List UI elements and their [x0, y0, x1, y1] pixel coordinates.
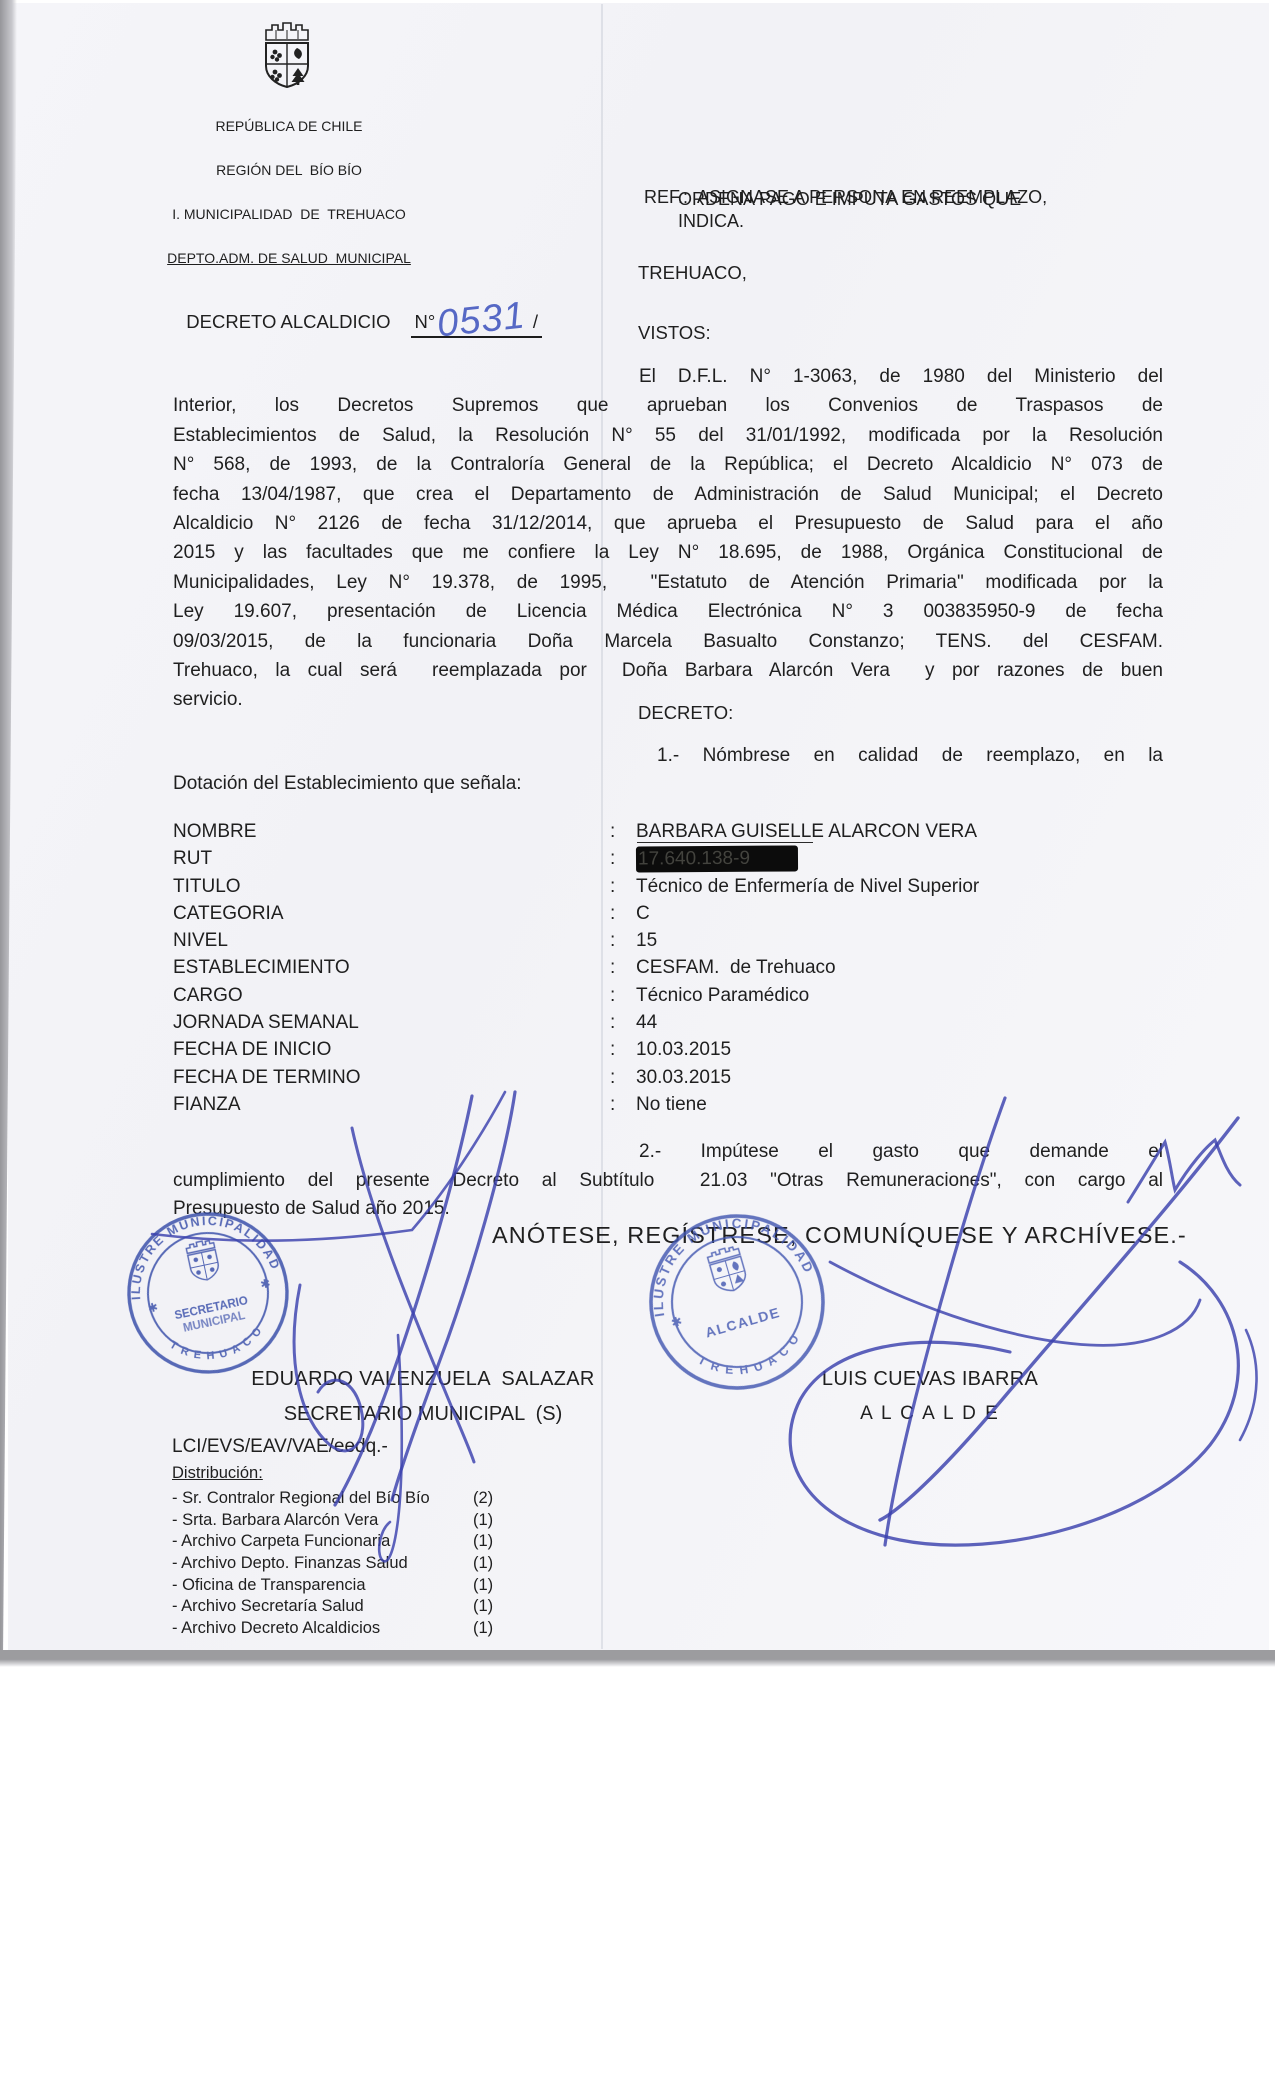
item2-line: 2.- Impútese el gasto que demande el — [173, 1138, 1163, 1167]
table-row: NIVEL : 15 — [173, 927, 1163, 954]
list-item: - Archivo Carpeta Funcionaria (1) — [172, 1531, 592, 1553]
reference-line-3: INDICA. — [678, 211, 744, 232]
distribution-list: - Sr. Contralor Regional del Bío Bío (2)… — [172, 1488, 592, 1640]
list-item: - Archivo Depto. Finanzas Salud (1) — [172, 1553, 592, 1575]
table-row: CATEGORIA : C — [173, 900, 1163, 927]
vistos-line: Interior, los Decretos Supremos que apru… — [173, 391, 1163, 420]
vistos-line: Trehuaco, la cual será reemplazada por D… — [173, 656, 1163, 685]
field-label: TITULO — [173, 873, 610, 900]
redacted-rut-value: 17.640.138-9 — [636, 846, 798, 873]
distribution-recipient: - Oficina de Transparencia — [172, 1576, 366, 1594]
decree-title-line: DECRETO ALCALDICION°0531/ — [176, 281, 542, 338]
item1-line: Dotación del Establecimiento que señala: — [173, 770, 1163, 798]
stamp-center-line1: ALCALDE — [703, 1304, 782, 1341]
decree-number-prefix: N° — [415, 311, 436, 332]
field-separator: : — [610, 954, 636, 981]
field-separator: : — [610, 1064, 636, 1091]
field-label: NIVEL — [173, 927, 610, 954]
list-item: - Archivo Secretaría Salud (1) — [172, 1596, 592, 1618]
field-value: 30.03.2015 — [636, 1064, 731, 1091]
distribution-label: Distribución: — [172, 1464, 263, 1483]
stamp-star-icon: ✱ — [669, 1313, 684, 1330]
stamp-star-icon: ✱ — [259, 1276, 272, 1292]
field-label: RUT — [173, 845, 610, 872]
letterhead-line-region: REGIÓN DEL BÍO BÍO — [131, 163, 447, 178]
distribution-recipient: - Sr. Contralor Regional del Bío Bío — [172, 1489, 430, 1507]
field-value: 10.03.2015 — [636, 1036, 731, 1063]
distribution-recipient: - Archivo Depto. Finanzas Salud — [172, 1554, 408, 1572]
page-bottom-shadow — [0, 1650, 1275, 1667]
vistos-line: Alcaldicio N° 2126 de fecha 31/12/2014, … — [173, 509, 1163, 538]
signatory-left-title: SECRETARIO MUNICIPAL (S) — [223, 1403, 623, 1426]
letterhead: REPÚBLICA DE CHILE REGIÓN DEL BÍO BÍO I.… — [131, 90, 447, 280]
distribution-recipient: - Archivo Carpeta Funcionaria — [172, 1532, 390, 1550]
field-label: CATEGORIA — [173, 900, 610, 927]
initials-line: LCI/EVS/EAV/VAE/eedq.- — [172, 1436, 388, 1458]
stamp-shield-icon — [185, 1239, 220, 1283]
distribution-copies: (1) — [473, 1596, 493, 1618]
distribution-recipient: - Srta. Barbara Alarcón Vera — [172, 1511, 378, 1529]
distribution-copies: (1) — [473, 1553, 493, 1575]
handwritten-decree-number: 0531 — [436, 302, 527, 337]
signatory-right-title: A L C A L D E — [770, 1403, 1090, 1425]
municipal-stamp-secretario-icon: ILUSTRE MUNICIPALIDAD TREHUACO ✱ ✱ SECRE… — [107, 1192, 309, 1394]
field-separator: : — [610, 873, 636, 900]
item2-line: Presupuesto de Salud año 2015. — [173, 1195, 1163, 1224]
distribution-recipient: - Archivo Secretaría Salud — [172, 1597, 364, 1615]
list-item: - Archivo Decreto Alcaldicios (1) — [172, 1618, 592, 1640]
distribution-copies: (1) — [473, 1618, 493, 1640]
list-item: - Sr. Contralor Regional del Bío Bío (2) — [172, 1488, 592, 1510]
vistos-line: Establecimientos de Salud, la Resolución… — [173, 421, 1163, 450]
vistos-line: Ley 19.607, presentación de Licencia Méd… — [173, 597, 1163, 626]
item1-line: 1.- Nómbrese en calidad de reemplazo, en… — [173, 742, 1163, 770]
field-value-name: BARBARA GUISELLE ALARCON VERA — [636, 818, 977, 845]
decree-number-suffix: / — [533, 311, 538, 332]
field-separator: : — [610, 982, 636, 1009]
vistos-line: N° 568, de 1993, de la Contraloría Gener… — [173, 450, 1163, 479]
vistos-label: VISTOS: — [638, 322, 711, 344]
vistos-line: 09/03/2015, de la funcionaria Doña Marce… — [173, 627, 1163, 656]
item1-paragraph: 1.- Nómbrese en calidad de reemplazo, en… — [173, 742, 1163, 797]
closing-formula: ANÓTESE, REGÍSTRESE, COMUNÍQUESE Y ARCHÍ… — [492, 1222, 1187, 1249]
table-row: FECHA DE TERMINO : 30.03.2015 — [173, 1064, 1163, 1091]
stamp-star-icon: ✱ — [147, 1300, 160, 1316]
distribution-recipient: - Archivo Decreto Alcaldicios — [172, 1619, 380, 1637]
vistos-paragraph: El D.F.L. N° 1-3063, de 1980 del Ministe… — [173, 362, 1163, 715]
table-row: NOMBRE : BARBARA GUISELLE ALARCON VERA — [173, 818, 1163, 845]
field-separator: : — [610, 818, 636, 845]
signatory-right-name: LUIS CUEVAS IBARRA — [770, 1368, 1090, 1391]
reference-line-2: ORDENA PAGO E IMPUTA GASTOS QUE — [678, 189, 1021, 210]
table-row: TITULO : Técnico de Enfermería de Nivel … — [173, 873, 1163, 900]
table-row: CARGO : Técnico Paramédico — [173, 982, 1163, 1009]
vistos-line: El D.F.L. N° 1-3063, de 1980 del Ministe… — [173, 362, 1163, 391]
item2-paragraph: 2.- Impútese el gasto que demande el cum… — [173, 1138, 1163, 1224]
field-separator: : — [610, 1036, 636, 1063]
field-label: ESTABLECIMIENTO — [173, 954, 610, 981]
field-value: No tiene — [636, 1091, 707, 1118]
table-row: ESTABLECIMIENTO : CESFAM. de Trehuaco — [173, 954, 1163, 981]
field-value: Técnico de Enfermería de Nivel Superior — [636, 873, 979, 900]
field-value: 44 — [636, 1009, 657, 1036]
field-separator: : — [610, 900, 636, 927]
field-label: JORNADA SEMANAL — [173, 1009, 610, 1036]
item2-line: cumplimiento del presente Decreto al Sub… — [173, 1167, 1163, 1196]
field-value: 15 — [636, 927, 657, 954]
decreto-label: DECRETO: — [638, 702, 733, 724]
distribution-copies: (2) — [473, 1488, 493, 1510]
field-label: FECHA DE TERMINO — [173, 1064, 610, 1091]
table-row: JORNADA SEMANAL : 44 — [173, 1009, 1163, 1036]
letterhead-line-republic: REPÚBLICA DE CHILE — [131, 119, 447, 134]
list-item: - Oficina de Transparencia (1) — [172, 1575, 592, 1597]
table-row: FIANZA : No tiene — [173, 1091, 1163, 1118]
list-item: - Srta. Barbara Alarcón Vera (1) — [172, 1510, 592, 1532]
letterhead-line-department: DEPTO.ADM. DE SALUD MUNICIPAL — [131, 251, 447, 266]
field-value: Técnico Paramédico — [636, 982, 809, 1009]
staffing-table: NOMBRE : BARBARA GUISELLE ALARCON VERA R… — [173, 818, 1163, 1118]
distribution-copies: (1) — [473, 1575, 493, 1597]
letterhead-line-municipality: I. MUNICIPALIDAD DE TREHUACO — [131, 207, 447, 222]
distribution-copies: (1) — [473, 1510, 493, 1532]
decree-number-group: N°0531/ — [411, 303, 542, 338]
vistos-line: Municipalidades, Ley N° 19.378, de 1995,… — [173, 568, 1163, 597]
field-label: FECHA DE INICIO — [173, 1036, 610, 1063]
field-value: CESFAM. de Trehuaco — [636, 954, 836, 981]
distribution-copies: (1) — [473, 1531, 493, 1553]
field-label: NOMBRE — [173, 818, 610, 845]
field-label: CARGO — [173, 982, 610, 1009]
field-separator: : — [610, 845, 636, 872]
field-separator: : — [610, 1091, 636, 1118]
stamp-shield-icon — [706, 1245, 749, 1295]
table-row: RUT : 17.640.138-9 — [173, 845, 1163, 872]
decree-title-label: DECRETO ALCALDICIO — [186, 311, 390, 332]
coat-of-arms-icon — [254, 20, 320, 90]
vistos-line: fecha 13/04/1987, que crea el Departamen… — [173, 480, 1163, 509]
vistos-line: 2015 y las facultades que me confiere la… — [173, 538, 1163, 567]
field-separator: : — [610, 927, 636, 954]
field-label: FIANZA — [173, 1091, 610, 1118]
signatory-left-name: EDUARDO VALENZUELA SALAZAR — [223, 1368, 623, 1391]
field-separator: : — [610, 1009, 636, 1036]
field-value: C — [636, 900, 650, 927]
place-line: TREHUACO, — [638, 262, 747, 284]
table-row: FECHA DE INICIO : 10.03.2015 — [173, 1036, 1163, 1063]
